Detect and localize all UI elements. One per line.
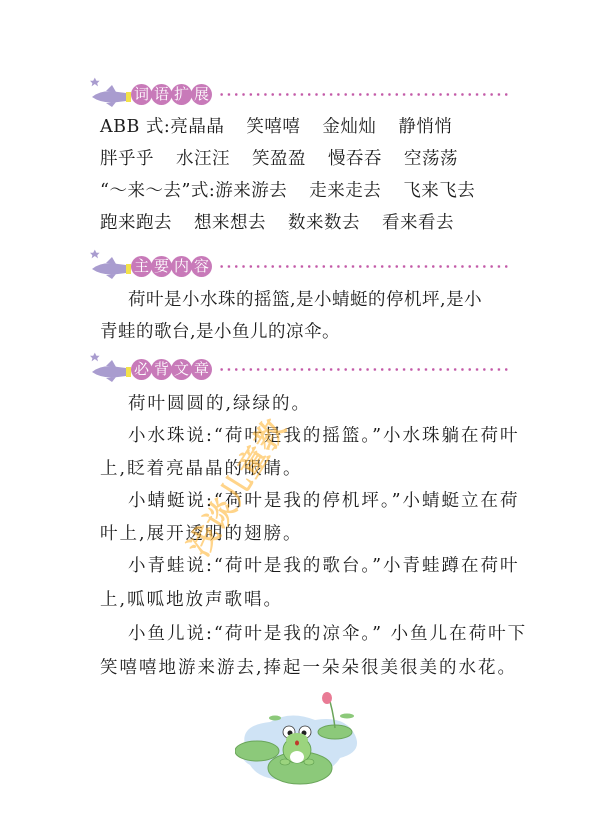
section-title-char: 容 [191, 256, 212, 277]
vocab-item: 水汪汪 [176, 149, 230, 169]
section-title-char: 主 [131, 256, 152, 277]
section-title-char: 背 [151, 359, 172, 380]
vocab-item: 笑嘻嘻 [246, 117, 300, 137]
section-title-char: 展 [191, 84, 212, 105]
passage-line: 上,眨着亮晶晶的眼睛。 [100, 457, 303, 481]
passage-line: 笑嘻嘻地游来游去,捧起一朵朵很美很美的水花。 [100, 656, 517, 680]
vocab-line: 跑来跑去想来想去数来数去看来看去 [100, 211, 454, 235]
section-title-char: 要 [151, 256, 172, 277]
section-title-char: 词 [131, 84, 152, 105]
vocab-item: 飞来飞去 [403, 181, 475, 201]
vocab-line: 胖乎乎水汪汪笑盈盈慢吞吞空荡荡 [100, 147, 458, 171]
vocab-item: 金灿灿 [322, 117, 376, 137]
section-title-char: 语 [151, 84, 172, 105]
passage-line: 小青蛙说:“荷叶是我的歌台。”小青蛙蹲在荷叶 [128, 554, 520, 578]
section-header-recitation: 必 背 文 章 [88, 352, 518, 382]
passage-line: 小水珠说:“荷叶是我的摇篮。”小水珠躺在荷叶 [128, 424, 520, 448]
summary-line: 青蛙的歌台,是小鱼儿的凉伞。 [100, 320, 340, 344]
vocab-item: 看来看去 [382, 213, 454, 233]
vocab-line: ABB 式:亮晶晶笑嘻嘻金灿灿静悄悄 [100, 115, 452, 139]
section-title-char: 章 [191, 359, 212, 380]
vocab-item: 静悄悄 [398, 117, 452, 137]
section-title-char: 必 [131, 359, 152, 380]
passage-line: 小蜻蜓说:“荷叶是我的停机坪。”小蜻蜓立在荷 [128, 489, 520, 513]
vocab-item: 胖乎乎 [100, 149, 154, 169]
passage-line: 小鱼儿说:“荷叶是我的凉伞。” 小鱼儿在荷叶下 [128, 622, 527, 646]
vocab-item: 空荡荡 [404, 149, 458, 169]
dotted-divider [218, 93, 510, 96]
section-title-char: 文 [171, 359, 192, 380]
dotted-divider [218, 368, 510, 371]
vocab-item: 走来走去 [309, 181, 381, 201]
vocab-line: “～来～去”式:游来游去走来走去飞来飞去 [100, 179, 475, 203]
vocab-item: “～来～去”式:游来游去 [100, 181, 287, 201]
passage-line: 上,呱呱地放声歌唱。 [100, 588, 283, 612]
vocab-item: 笑盈盈 [252, 149, 306, 169]
vocab-item: 想来想去 [194, 213, 266, 233]
vocab-item: 跑来跑去 [100, 213, 172, 233]
section-title-char: 扩 [171, 84, 192, 105]
section-header-summary: 主 要 内 容 [88, 249, 518, 279]
section-title-char: 内 [171, 256, 192, 277]
summary-line: 荷叶是小水珠的摇篮,是小蜻蜓的停机坪,是小 [128, 288, 482, 312]
section-header-vocab: 词 语 扩 展 [88, 77, 518, 107]
vocab-item: 数来数去 [288, 213, 360, 233]
dotted-divider [218, 265, 510, 268]
vocab-item: 慢吞吞 [328, 149, 382, 169]
frog-lotus-illustration [235, 690, 365, 790]
passage-line: 叶上,展开透明的翅膀。 [100, 522, 303, 546]
textbook-page: 词 语 扩 展 ABB 式:亮晶晶笑嘻嘻金灿灿静悄悄 胖乎乎水汪汪笑盈盈慢吞吞空… [0, 0, 600, 824]
passage-line: 荷叶圆圆的,绿绿的。 [128, 392, 311, 416]
vocab-item: ABB 式:亮晶晶 [100, 117, 224, 137]
